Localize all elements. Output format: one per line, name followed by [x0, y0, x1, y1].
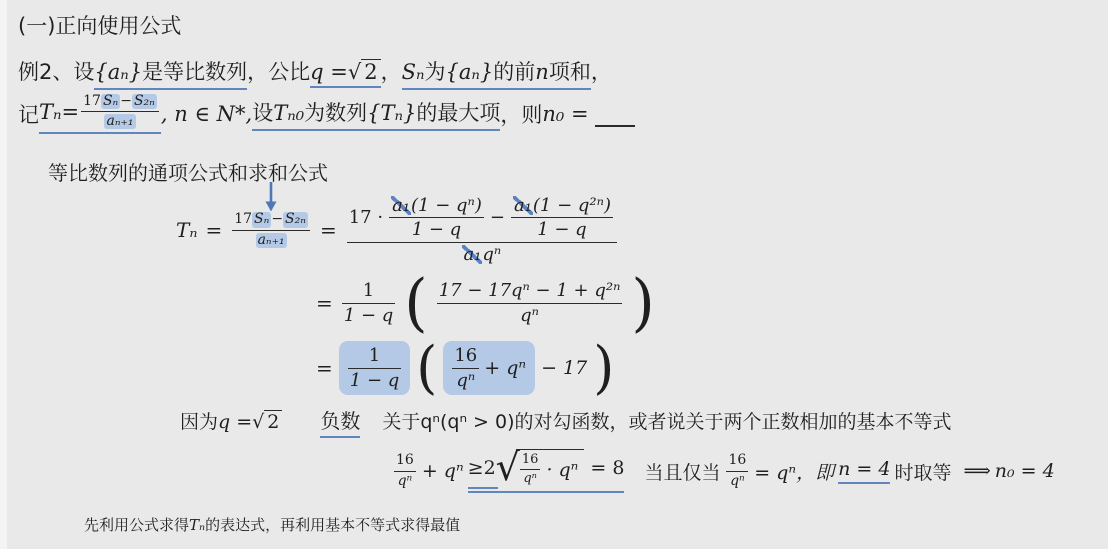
- problem-text: 记: [18, 99, 39, 129]
- one-minus-q: 1 − q: [412, 220, 462, 239]
- footer-text: 的表达式，再利用基本不等式求得最值: [205, 514, 460, 535]
- minus-sign: −: [120, 94, 132, 109]
- right-parenthesis: ): [631, 276, 654, 330]
- highlighted-Sn: Sₙ: [101, 94, 120, 109]
- fraction-bar: [520, 469, 541, 470]
- n-symbol: n: [535, 60, 549, 84]
- left-parenthesis: (: [404, 276, 427, 330]
- equation-line-A: Tₙ = 17Sₙ−S₂ₙ aₙ₊₁ = 17 · a₁(1 − qⁿ) 1 −…: [176, 190, 619, 270]
- problem-line-2: 记 Tₙ = 17Sₙ−S₂ₙ aₙ₊₁ , n ∈ N*, 设Tₙ₀为数列{T…: [18, 94, 635, 134]
- highlighted-Sn: Sₙ: [252, 212, 271, 227]
- Tn-set-symbol: {Tₙ}: [367, 101, 416, 125]
- fraction-bar: [232, 230, 310, 231]
- underline-Tn-definition: Tₙ = 17Sₙ−S₂ₙ aₙ₊₁: [39, 94, 161, 134]
- underline-n-equals-4: n = 4: [838, 458, 890, 484]
- problem-text: 是等比数列: [142, 56, 247, 86]
- big-fraction-numerator: 17 · a₁(1 − qⁿ) 1 − q − a₁(1 − q²ⁿ) 1 − …: [347, 196, 617, 240]
- plus-qn: + qⁿ: [422, 460, 464, 482]
- underlined-amgm-step: ≥ 2 √ 16 qⁿ · qⁿ = 8: [468, 449, 625, 493]
- fraction-bar: [726, 471, 748, 472]
- one: 1: [369, 346, 380, 365]
- fraction-denominator: qⁿ: [518, 306, 541, 325]
- underline-common-ratio: q = √2: [310, 59, 380, 88]
- expanded-numerator: 17 − 17qⁿ − 1 + q²ⁿ: [439, 281, 621, 300]
- problem-text: 项和: [549, 56, 591, 86]
- one: 1: [363, 281, 374, 300]
- because-line: 因为 q = √2 负数 关于qⁿ(qⁿ > 0)的对勾函数，或者说关于两个正数…: [180, 405, 952, 438]
- q-power-n: qⁿ: [520, 306, 539, 325]
- sixteen: 16: [454, 346, 477, 365]
- inequality-line: 16 qⁿ + qⁿ ≥ 2 √ 16 qⁿ · qⁿ = 8 当且仅当 16 …: [392, 441, 1055, 501]
- inner-fraction: 17 − 17qⁿ − 1 + q²ⁿ qⁿ: [437, 281, 623, 325]
- iff-text: 当且仅当: [644, 458, 720, 485]
- problem-text: 为: [425, 56, 446, 86]
- q-value: q = √2: [218, 410, 282, 433]
- left-parenthesis: (: [416, 344, 437, 392]
- problem-text: 设: [252, 97, 273, 127]
- Tn-symbol: Tₙ: [189, 516, 205, 534]
- fraction-denominator: 1 − q: [535, 220, 589, 239]
- coefficient-fraction: 1 1 − q: [342, 281, 396, 325]
- fraction-denominator: 1 − q: [410, 220, 464, 239]
- Tn-fraction: 17Sₙ−S₂ₙ aₙ₊₁: [81, 94, 159, 129]
- problem-text: 为数列: [304, 97, 367, 127]
- ratio-q: q =: [218, 411, 252, 433]
- sqrt-radicand: 2: [361, 59, 380, 84]
- cancelled-a1: a₁: [391, 196, 411, 215]
- equals-sign: =: [316, 291, 333, 315]
- fraction-denominator: 1 − q: [342, 306, 396, 325]
- footer-text: 先利用公式求得: [84, 514, 189, 535]
- slide-left-edge: [0, 0, 7, 549]
- Tn-symbol: Tₙ: [39, 100, 62, 124]
- fraction-numerator: 16: [452, 346, 479, 365]
- equals-sign: =: [62, 100, 80, 124]
- underline-sequence-def: {aₙ}是等比数列: [94, 56, 247, 90]
- fraction-numerator: 1: [361, 281, 376, 300]
- formula-text: (1 − qⁿ): [411, 196, 482, 215]
- Tn-fraction: 17Sₙ−S₂ₙ aₙ₊₁: [232, 212, 310, 247]
- fraction-numerator: 17Sₙ−S₂ₙ: [81, 94, 159, 109]
- problem-text: 的最大项: [416, 97, 500, 127]
- seventeen-dot: 17 ·: [349, 208, 383, 227]
- implies-arrow-icon: ⟹: [963, 460, 990, 482]
- fraction-denominator: qⁿ: [396, 474, 415, 489]
- fraction-bar: [511, 217, 613, 218]
- fraction-numerator: 17 − 17qⁿ − 1 + q²ⁿ: [437, 281, 623, 300]
- fraction-numerator: a₁(1 − qⁿ): [389, 196, 484, 215]
- cancelled-a1: a₁: [513, 196, 533, 215]
- underline-max-term: 设Tₙ₀为数列{Tₙ}的最大项: [252, 97, 500, 131]
- q-power-n: qⁿ: [730, 474, 745, 489]
- sum-formula-fraction-1: a₁(1 − qⁿ) 1 − q: [389, 196, 484, 240]
- sum-formula-fraction-2: a₁(1 − q²ⁿ) 1 − q: [511, 196, 613, 240]
- highlighted-an1: aₙ₊₁: [256, 233, 287, 248]
- equality-holds-text: 时取等: [894, 458, 951, 485]
- minus-17: − 17: [541, 357, 587, 379]
- highlighted-S2n: S₂ₙ: [283, 212, 308, 227]
- fraction-denominator: qⁿ: [728, 474, 747, 489]
- fraction-numerator: 1: [367, 346, 382, 365]
- highlighted-S2n: S₂ₙ: [132, 94, 157, 109]
- formula-text: (1 − q²ⁿ): [533, 196, 611, 215]
- coefficient-17: 17: [234, 212, 252, 227]
- cancelled-a1: a₁: [462, 245, 482, 264]
- sixteen-over-qn-fraction: 16 qⁿ: [520, 453, 541, 486]
- Tn0-symbol: Tₙ₀: [273, 101, 304, 125]
- highlighted-an1: aₙ₊₁: [104, 114, 135, 129]
- sqrt-icon: √: [348, 60, 361, 84]
- fraction-numerator: 16: [726, 453, 748, 468]
- underline-sum-def: Sₙ为{aₙ}的前n项和: [402, 56, 591, 90]
- equals-qn-then: = qⁿ，即: [754, 458, 834, 485]
- fraction-denominator: qⁿ: [454, 371, 477, 390]
- coefficient-17: 17: [83, 94, 101, 109]
- fraction-denominator: aₙ₊₁: [102, 114, 137, 129]
- geq-sign: ≥: [468, 457, 484, 479]
- minus-sign: −: [490, 208, 505, 227]
- fraction-numerator: 16: [394, 453, 416, 468]
- one-minus-q: 1 − q: [537, 220, 587, 239]
- fraction-bar: [452, 368, 479, 369]
- equals-sign: =: [320, 218, 337, 242]
- sixteen: 16: [396, 453, 414, 468]
- problem-text: ，则: [500, 99, 542, 129]
- sequence-symbol: {aₙ}: [446, 60, 494, 84]
- highlighted-coefficient-box: 1 1 − q: [339, 341, 411, 395]
- sum-symbol: Sₙ: [402, 60, 425, 84]
- equals-sign: =: [205, 218, 222, 242]
- n0-equals: n₀ =: [542, 102, 588, 126]
- sqrt-icon: √: [252, 411, 264, 433]
- domain-text: , n ∈ N*,: [161, 102, 252, 126]
- dot-qn: · qⁿ: [546, 459, 578, 481]
- problem-text: ，: [381, 56, 402, 86]
- right-parenthesis: ): [593, 344, 614, 392]
- q-power-n: qⁿ: [523, 472, 537, 486]
- fraction-bar: [342, 303, 396, 304]
- fraction-bar: [389, 217, 484, 218]
- fraction-bar: [347, 242, 617, 243]
- q-power-n: qⁿ: [398, 474, 413, 489]
- problem-text: 的前: [493, 56, 535, 86]
- big-fraction: 17 · a₁(1 − qⁿ) 1 − q − a₁(1 − q²ⁿ) 1 − …: [347, 196, 617, 264]
- comment-text: 关于qⁿ(qⁿ > 0)的对勾函数，或者说关于两个正数相加的基本不等式: [382, 407, 951, 434]
- problem-text: ，: [591, 56, 612, 86]
- fraction-denominator: 1 − q: [348, 371, 402, 390]
- minus-sign: −: [271, 212, 283, 227]
- fraction-numerator: a₁(1 − q²ⁿ): [511, 196, 613, 215]
- fraction-bar: [437, 303, 623, 304]
- fraction-denominator: aₙ₊₁: [254, 233, 289, 248]
- problem-line-1: 例2、设 {aₙ}是等比数列 ，公比 q = √2 ， Sₙ为{aₙ}的前n项和…: [18, 56, 612, 90]
- section-title: (一)正向使用公式: [18, 10, 181, 40]
- ratio-q: q =: [310, 60, 348, 84]
- lecture-slide: (一)正向使用公式 例2、设 {aₙ}是等比数列 ，公比 q = √2 ， Sₙ…: [0, 0, 1108, 549]
- coefficient-fraction: 1 1 − q: [348, 346, 402, 390]
- one-minus-q: 1 − q: [350, 371, 400, 390]
- step-heading: 等比数列的通项公式和求和公式: [48, 157, 328, 186]
- fraction-denominator: qⁿ: [521, 472, 539, 486]
- equation-line-C: = 1 1 − q ( 16 qⁿ + qⁿ − 17 ): [316, 337, 614, 399]
- fraction-bar: [348, 368, 402, 369]
- fraction-numerator: 17Sₙ−S₂ₙ: [232, 212, 310, 227]
- fraction-numerator: 16: [520, 453, 541, 467]
- answer-blank-line: [595, 111, 635, 127]
- radicand-group: 16 qⁿ · qⁿ: [516, 449, 585, 486]
- q-power-n: qⁿ: [456, 371, 475, 390]
- big-fraction-denominator: a₁qⁿ: [460, 245, 503, 264]
- underline-negative: 负数: [320, 405, 360, 438]
- sequence-symbol: {aₙ}: [94, 60, 142, 84]
- equation-line-B: = 1 1 − q ( 17 − 17qⁿ − 1 + q²ⁿ qⁿ ): [316, 270, 655, 336]
- q-power-n: qⁿ: [482, 245, 501, 264]
- highlighted-sum-box: 16 qⁿ + qⁿ: [443, 341, 535, 395]
- plus-qn: + qⁿ: [484, 357, 526, 379]
- Tn-symbol: Tₙ: [176, 218, 197, 242]
- sqrt-radicand: 2: [264, 410, 282, 433]
- equals-sign: =: [316, 356, 333, 380]
- sixteen-over-qn-fraction: 16 qⁿ: [452, 346, 479, 390]
- problem-text: 例2、设: [18, 56, 94, 86]
- sixteen: 16: [522, 453, 539, 467]
- equals-eight: = 8: [590, 457, 624, 479]
- one-minus-q: 1 − q: [344, 306, 394, 325]
- sixteen-over-qn-fraction: 16 qⁿ: [394, 453, 416, 488]
- fraction-bar: [81, 111, 159, 112]
- sixteen-over-qn-fraction: 16 qⁿ: [726, 453, 748, 488]
- sixteen: 16: [728, 453, 746, 468]
- footer-note: 先利用公式求得 Tₙ 的表达式，再利用基本不等式求得最值: [84, 514, 460, 535]
- fraction-bar: [394, 471, 416, 472]
- because-text: 因为: [180, 407, 218, 434]
- two: 2: [484, 457, 496, 479]
- final-answer: n₀ = 4: [995, 460, 1055, 482]
- problem-text: ，公比: [247, 56, 310, 86]
